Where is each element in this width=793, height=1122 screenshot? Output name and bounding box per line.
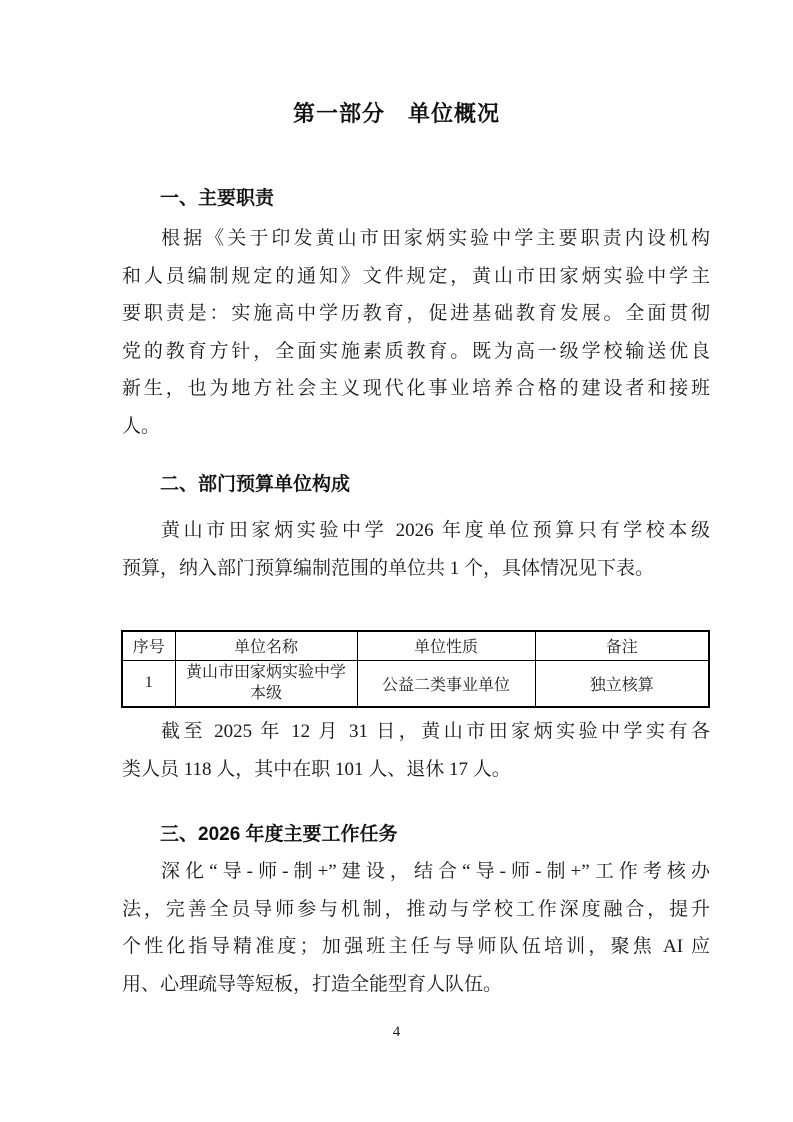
table-header-row: 序号 单位名称 单位性质 备注 <box>122 631 709 660</box>
body-line: 根据《关于印发黄山市田家炳实验中学主要职责内设机构 <box>122 220 710 258</box>
document-page: 第一部分 单位概况 一、主要职责 根据《关于印发黄山市田家炳实验中学主要职责内设… <box>0 0 793 1122</box>
section-3-heading: 三、2026 年度主要工作任务 <box>160 823 398 847</box>
table-header-name: 单位名称 <box>175 631 357 660</box>
section-3-paragraph: 深化“导-师-制+”建设，结合“导-师-制+”工作考核办 法，完善全员导师参与机… <box>122 853 710 1003</box>
budget-unit-table: 序号 单位名称 单位性质 备注 1 黄山市田家炳实验中学 本级 公益二类事业单位… <box>121 630 710 708</box>
body-line: 深化“导-师-制+”建设，结合“导-师-制+”工作考核办 <box>122 853 710 891</box>
body-line: 黄山市田家炳实验中学 2026 年度单位预算只有学校本级 <box>122 512 710 550</box>
body-line: 截至 2025 年 12 月 31 日，黄山市田家炳实验中学实有各 <box>122 713 710 751</box>
section-2-paragraph: 黄山市田家炳实验中学 2026 年度单位预算只有学校本级 预算，纳入部门预算编制… <box>122 512 710 587</box>
section-2-heading: 二、部门预算单位构成 <box>160 473 350 497</box>
table-header-nature: 单位性质 <box>357 631 535 660</box>
cell-note: 独立核算 <box>535 660 709 707</box>
body-line: 党的教育方针，全面实施素质教育。既为高一级学校输送优良 <box>122 333 710 371</box>
table-row: 1 黄山市田家炳实验中学 本级 公益二类事业单位 独立核算 <box>122 660 709 707</box>
document-title: 第一部分 单位概况 <box>0 99 793 129</box>
body-line: 人。 <box>122 408 710 446</box>
body-line: 类人员 118 人，其中在职 101 人、退休 17 人。 <box>122 751 710 789</box>
cell-nature: 公益二类事业单位 <box>357 660 535 707</box>
page-number: 4 <box>0 1024 793 1041</box>
body-line: 新生，也为地方社会主义现代化事业培养合格的建设者和接班 <box>122 370 710 408</box>
cell-unit-name: 黄山市田家炳实验中学 本级 <box>175 660 357 707</box>
body-line: 预算，纳入部门预算编制范围的单位共 1 个，具体情况见下表。 <box>122 550 710 588</box>
table-header-seq: 序号 <box>122 631 175 660</box>
body-line: 用、心理疏导等短板，打造全能型育人队伍。 <box>122 966 710 1004</box>
section-1-paragraph: 根据《关于印发黄山市田家炳实验中学主要职责内设机构 和人员编制规定的通知》文件规… <box>122 220 710 445</box>
table-header-note: 备注 <box>535 631 709 660</box>
section-1-heading: 一、主要职责 <box>160 187 274 211</box>
section-2-paragraph-after-table: 截至 2025 年 12 月 31 日，黄山市田家炳实验中学实有各 类人员 11… <box>122 713 710 788</box>
cell-seq: 1 <box>122 660 175 707</box>
body-line: 要职责是：实施高中学历教育，促进基础教育发展。全面贯彻 <box>122 295 710 333</box>
body-line: 个性化指导精准度；加强班主任与导师队伍培训，聚焦 AI 应 <box>122 928 710 966</box>
body-line: 和人员编制规定的通知》文件规定，黄山市田家炳实验中学主 <box>122 258 710 296</box>
body-line: 法，完善全员导师参与机制，推动与学校工作深度融合，提升 <box>122 891 710 929</box>
